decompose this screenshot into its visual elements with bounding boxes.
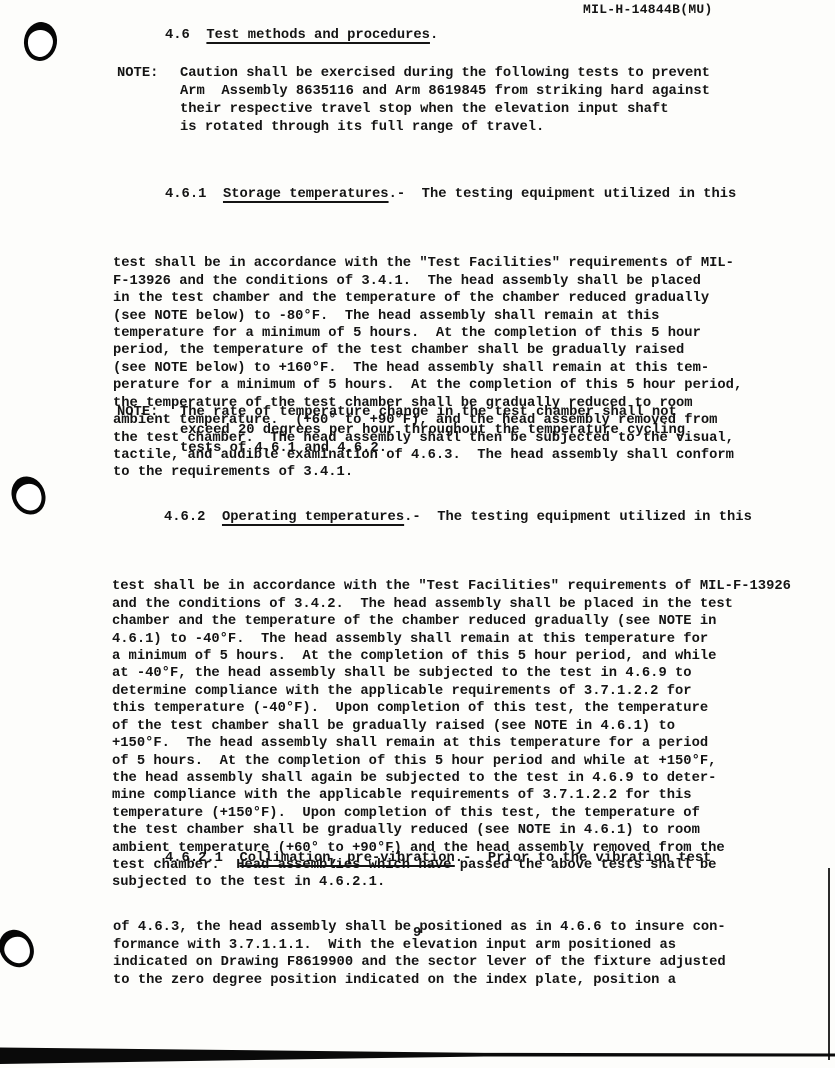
- paragraph-number: 4.6.2: [164, 510, 222, 525]
- paragraph-4-6-2-first-line: 4.6.2 Operating temperatures.- The testi…: [112, 509, 822, 544]
- punch-hole-icon: [0, 923, 41, 974]
- paragraph-number: 4.6.2.1: [165, 851, 240, 866]
- scanned-document-page: MIL-H-14844B(MU) 4.6 Test methods and pr…: [0, 0, 835, 1068]
- note-block-caution: NOTE: Caution shall be exercised during …: [117, 65, 710, 137]
- section-number: 4.6: [165, 28, 206, 43]
- note-text: Caution shall be exercised during the fo…: [180, 65, 710, 137]
- scan-artifact-vertical-line: [828, 868, 830, 1060]
- section-heading-4-6: 4.6 Test methods and procedures.: [165, 28, 438, 58]
- paragraph-4-6-1: 4.6.1 Storage temperatures.- The testing…: [113, 151, 813, 517]
- note-text: The rate of temperature change in the te…: [180, 404, 685, 458]
- scan-artifact-bottom-bar: [0, 1046, 835, 1064]
- paragraph-4-6-1-first-line: 4.6.1 Storage temperatures.- The testing…: [113, 186, 813, 221]
- paragraph-number: 4.6.1: [165, 187, 223, 202]
- paragraph-body: of 4.6.3, the head assembly shall be pos…: [113, 919, 823, 989]
- paragraph-title: Storage temperatures: [223, 187, 389, 202]
- punch-hole-icon: [5, 471, 51, 520]
- paragraph-first-line-text: .- The testing equipment utilized in thi…: [389, 187, 737, 202]
- section-title-period: .: [430, 28, 438, 43]
- paragraph-4-6-2-1-first-line: 4.6.2.1 Collimation, pre-vibration.- Pri…: [113, 850, 823, 885]
- paragraph-title: Collimation, pre-vibration: [240, 851, 455, 866]
- note-label: NOTE:: [117, 404, 158, 422]
- note-block-rate: NOTE: The rate of temperature change in …: [117, 404, 685, 458]
- punch-hole-icon: [21, 20, 59, 63]
- paragraph-first-line-text: .- Prior to the vibration test: [455, 851, 712, 866]
- document-id-header: MIL-H-14844B(MU): [583, 2, 713, 17]
- section-title: Test methods and procedures: [206, 28, 430, 43]
- page-number: 9: [413, 926, 421, 941]
- paragraph-4-6-2-1: 4.6.2.1 Collimation, pre-vibration.- Pri…: [113, 815, 823, 1024]
- note-label: NOTE:: [117, 65, 158, 83]
- paragraph-title: Operating temperatures: [222, 510, 404, 525]
- paragraph-first-line-text: .- The testing equipment utilized in thi…: [404, 510, 752, 525]
